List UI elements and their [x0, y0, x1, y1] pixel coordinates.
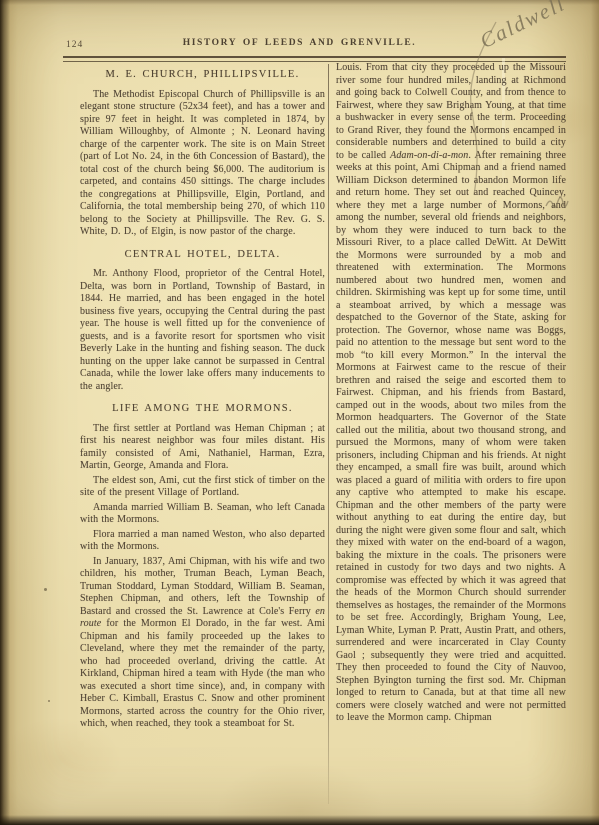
paragraph: The first settler at Portland was Heman … — [80, 423, 325, 473]
body-text: for the Mormon El Dorado, in the far wes… — [80, 618, 325, 729]
right-column: Louis. From that city they proceeded up … — [336, 62, 566, 727]
page-header: 124 HISTORY OF LEEDS AND GRENVILLE. — [64, 38, 535, 54]
paragraph: Flora married a man named Weston, who al… — [80, 529, 325, 554]
ink-speck — [44, 588, 47, 591]
ink-speck — [48, 700, 50, 702]
italic-text: Adam-on-di-a-mon — [390, 150, 468, 161]
column-divider-rule — [328, 64, 329, 804]
body-text: The eldest son, Ami, cut the first stick… — [80, 475, 325, 499]
section-heading: M. E. CHURCH, PHILLIPSVILLE. — [80, 69, 325, 82]
body-text: Mr. Anthony Flood, proprietor of the Cen… — [80, 268, 325, 392]
body-text: Louis. From that city they proceeded up … — [336, 62, 566, 161]
paragraph: The Methodist Episcopal Church of Philli… — [80, 89, 325, 239]
section-heading: CENTRAL HOTEL, DELTA. — [80, 249, 325, 262]
paragraph: In January, 1837, Ami Chipman, with his … — [80, 556, 325, 731]
page-edge-shadow-left — [0, 0, 10, 825]
section-heading: LIFE AMONG THE MORMONS. — [80, 403, 325, 416]
paragraph: Mr. Anthony Flood, proprietor of the Cen… — [80, 268, 325, 393]
paragraph: Louis. From that city they proceeded up … — [336, 62, 566, 725]
book-page-scan: 124 HISTORY OF LEEDS AND GRENVILLE. Cald… — [0, 0, 599, 825]
paragraph: The eldest son, Ami, cut the first stick… — [80, 475, 325, 500]
left-column: M. E. CHURCH, PHILLIPSVILLE.The Methodis… — [80, 66, 325, 733]
body-text: . After remaining three weeks at this po… — [336, 150, 566, 724]
page-edge-shadow-bottom — [0, 815, 599, 825]
body-text: Amanda married William B. Seaman, who le… — [80, 502, 325, 526]
body-text: The first settler at Portland was Heman … — [80, 423, 325, 472]
body-text: Flora married a man named Weston, who al… — [80, 529, 325, 553]
page-edge-shadow-right — [591, 0, 599, 825]
page-edge-shadow-top — [0, 0, 599, 5]
body-text: The Methodist Episcopal Church of Philli… — [80, 89, 325, 238]
body-text: In January, 1837, Ami Chipman, with his … — [80, 556, 325, 617]
paragraph: Amanda married William B. Seaman, who le… — [80, 502, 325, 527]
running-title: HISTORY OF LEEDS AND GRENVILLE. — [64, 38, 535, 48]
page-number: 124 — [66, 40, 83, 50]
